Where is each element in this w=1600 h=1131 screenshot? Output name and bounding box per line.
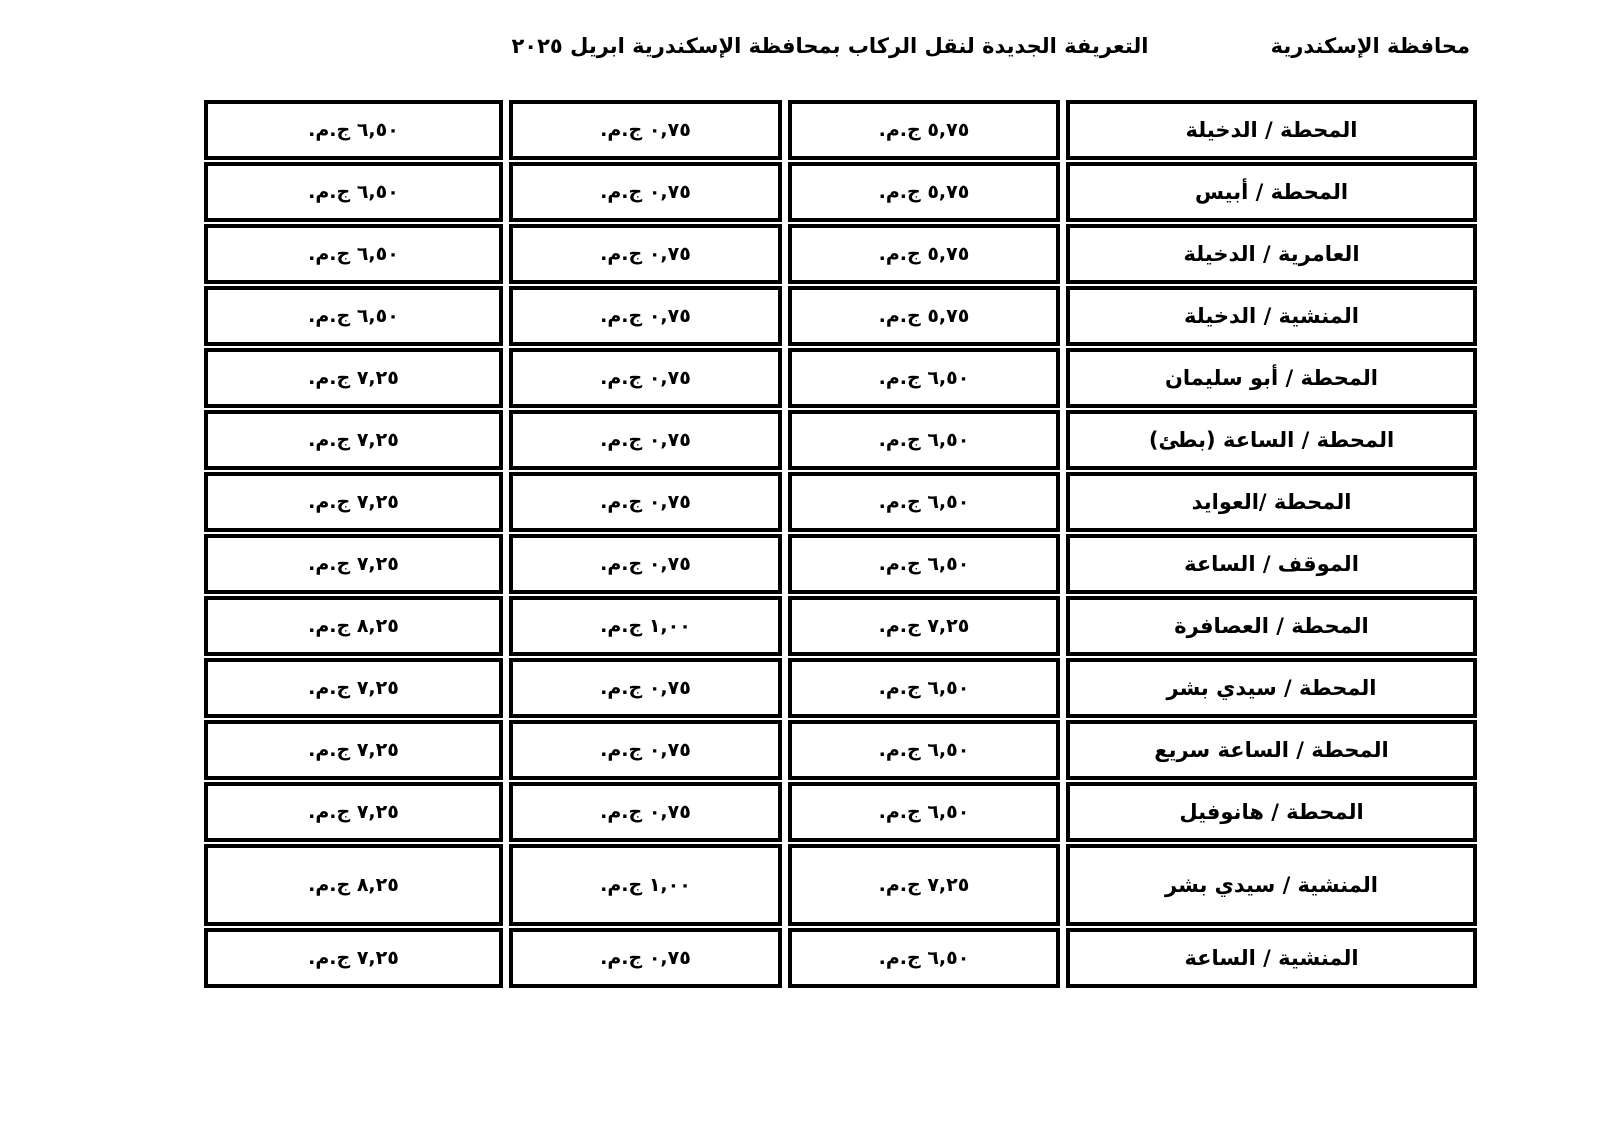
fare-cell: ٠,٧٥ ج.م. [509,534,782,594]
fare-cell: ٧,٢٥ ج.م. [204,782,503,842]
fare-cell: ٠,٧٥ ج.م. [509,162,782,222]
fare-cell: ٦,٥٠ ج.م. [788,928,1060,988]
route-cell: المحطة / الساعة (بطئ) [1066,410,1477,470]
fare-cell: ٨,٢٥ ج.م. [204,596,503,656]
route-cell: الموقف / الساعة [1066,534,1477,594]
fare-cell: ١,٠٠ ج.م. [509,596,782,656]
route-cell: المحطة / العصافرة [1066,596,1477,656]
route-cell: المنشية / سيدي بشر [1066,844,1477,926]
fare-cell: ٧,٢٥ ج.م. [204,658,503,718]
route-cell: المحطة / أبو سليمان [1066,348,1477,408]
fare-cell: ٦,٥٠ ج.م. [204,162,503,222]
fare-cell: ٦,٥٠ ج.م. [204,286,503,346]
fare-cell: ٧,٢٥ ج.م. [204,534,503,594]
fare-cell: ٠,٧٥ ج.م. [509,658,782,718]
fare-cell: ٠,٧٥ ج.م. [509,224,782,284]
fare-cell: ٠,٧٥ ج.م. [509,410,782,470]
fare-cell: ٠,٧٥ ج.م. [509,472,782,532]
fare-cell: ٧,٢٥ ج.م. [788,596,1060,656]
fare-cell: ٧,٢٥ ج.م. [788,844,1060,926]
fare-cell: ٥,٧٥ ج.م. [788,286,1060,346]
fare-cell: ٧,٢٥ ج.م. [204,410,503,470]
fare-cell: ٦,٥٠ ج.م. [788,658,1060,718]
page-title: التعريفة الجديدة لنقل الركاب بمحافظة الإ… [30,34,1600,58]
route-cell: العامرية / الدخيلة [1066,224,1477,284]
fare-cell: ٦,٥٠ ج.م. [788,782,1060,842]
fare-cell: ٠,٧٥ ج.م. [509,928,782,988]
fare-cell: ٠,٧٥ ج.م. [509,348,782,408]
fare-cell: ٦,٥٠ ج.م. [204,100,503,160]
route-cell: المحطة / أبيس [1066,162,1477,222]
route-cell: المنشية / الدخيلة [1066,286,1477,346]
route-cell: المحطة /العوايد [1066,472,1477,532]
fare-cell: ٧,٢٥ ج.م. [204,472,503,532]
fare-cell: ٥,٧٥ ج.م. [788,162,1060,222]
fare-cell: ٥,٧٥ ج.م. [788,100,1060,160]
fare-cell: ٦,٥٠ ج.م. [788,472,1060,532]
fare-cell: ٦,٥٠ ج.م. [204,224,503,284]
fare-cell: ٧,٢٥ ج.م. [204,720,503,780]
fare-cell: ١,٠٠ ج.م. [509,844,782,926]
fare-cell: ٧,٢٥ ج.م. [204,348,503,408]
fare-cell: ٠,٧٥ ج.م. [509,782,782,842]
fare-cell: ٥,٧٥ ج.م. [788,224,1060,284]
fare-cell: ٠,٧٥ ج.م. [509,720,782,780]
fare-cell: ٨,٢٥ ج.م. [204,844,503,926]
fare-cell: ٦,٥٠ ج.م. [788,410,1060,470]
route-cell: المحطة / الساعة سريع [1066,720,1477,780]
route-cell: المحطة / سيدي بشر [1066,658,1477,718]
fare-table: المحطة / الدخيلة٥,٧٥ ج.م.٠,٧٥ ج.م.٦,٥٠ ج… [192,100,1477,988]
fare-cell: ٦,٥٠ ج.م. [788,348,1060,408]
fare-cell: ٧,٢٥ ج.م. [204,928,503,988]
fare-cell: ٠,٧٥ ج.م. [509,286,782,346]
route-cell: المحطة / الدخيلة [1066,100,1477,160]
fare-cell: ٦,٥٠ ج.م. [788,720,1060,780]
route-cell: المحطة / هانوفيل [1066,782,1477,842]
route-cell: المنشية / الساعة [1066,928,1477,988]
fare-cell: ٠,٧٥ ج.م. [509,100,782,160]
fare-cell: ٦,٥٠ ج.م. [788,534,1060,594]
